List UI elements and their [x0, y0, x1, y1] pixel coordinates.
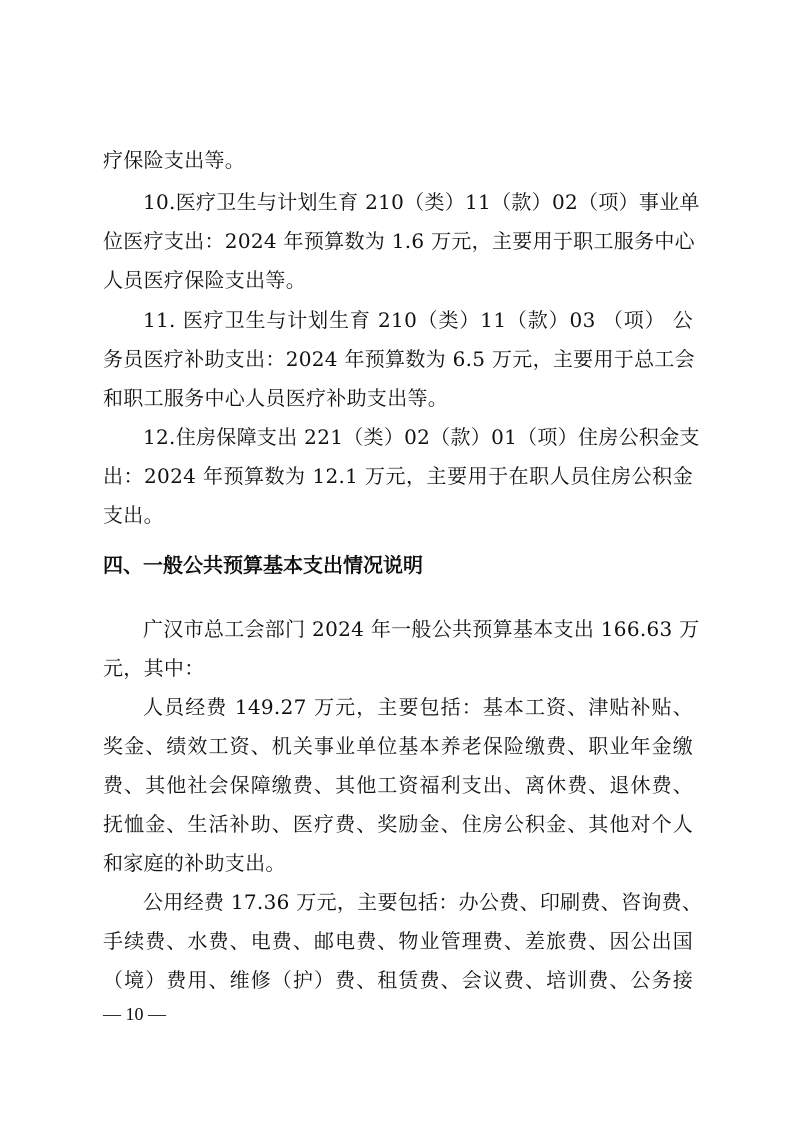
paragraph-line: 务员医疗补助支出：2024 年预算数为 6.5 万元，主要用于总工会	[103, 347, 693, 371]
paragraph-line: 费、其他社会保障缴费、其他工资福利支出、离休费、退休费、	[103, 773, 693, 797]
paragraph-line: 公用经费 17.36 万元，主要包括：办公费、印刷费、咨询费、	[143, 890, 693, 914]
page-number: — 10 —	[103, 1003, 166, 1025]
paragraph-line: 11. 医疗卫生与计划生育 210（类）11（款）03 （项） 公	[143, 308, 693, 332]
paragraph-line: （境）费用、维修（护）费、租赁费、会议费、培训费、公务接	[103, 968, 693, 992]
section-heading: 四、一般公共预算基本支出情况说明	[103, 553, 423, 577]
paragraph-line: 10.医疗卫生与计划生育 210（类）11（款）02（项）事业单	[143, 190, 693, 214]
paragraph-line: 人员经费 149.27 万元，主要包括：基本工资、津贴补贴、	[143, 695, 693, 719]
paragraph-line: 出：2024 年预算数为 12.1 万元，主要用于在职人员住房公积金	[103, 464, 693, 488]
paragraph-line: 12.住房保障支出 221（类）02（款）01（项）住房公积金支	[143, 425, 693, 449]
paragraph-line: 和家庭的补助支出。	[103, 851, 693, 875]
paragraph-line: 位医疗支出：2024 年预算数为 1.6 万元，主要用于职工服务中心	[103, 229, 693, 253]
paragraph-line: 疗保险支出等。	[103, 148, 693, 172]
paragraph-line: 奖金、绩效工资、机关事业单位基本养老保险缴费、职业年金缴	[103, 734, 693, 758]
paragraph-line: 人员医疗保险支出等。	[103, 268, 693, 292]
paragraph-line: 手续费、水费、电费、邮电费、物业管理费、差旅费、因公出国	[103, 929, 693, 953]
paragraph-line: 支出。	[103, 503, 693, 527]
paragraph-line: 广汉市总工会部门 2024 年一般公共预算基本支出 166.63 万	[143, 617, 693, 641]
paragraph-line: 抚恤金、生活补助、医疗费、奖励金、住房公积金、其他对个人	[103, 812, 693, 836]
document-page: 疗保险支出等。 10.医疗卫生与计划生育 210（类）11（款）02（项）事业单…	[0, 0, 793, 1122]
paragraph-line: 和职工服务中心人员医疗补助支出等。	[103, 386, 693, 410]
paragraph-line: 元，其中：	[103, 656, 693, 680]
